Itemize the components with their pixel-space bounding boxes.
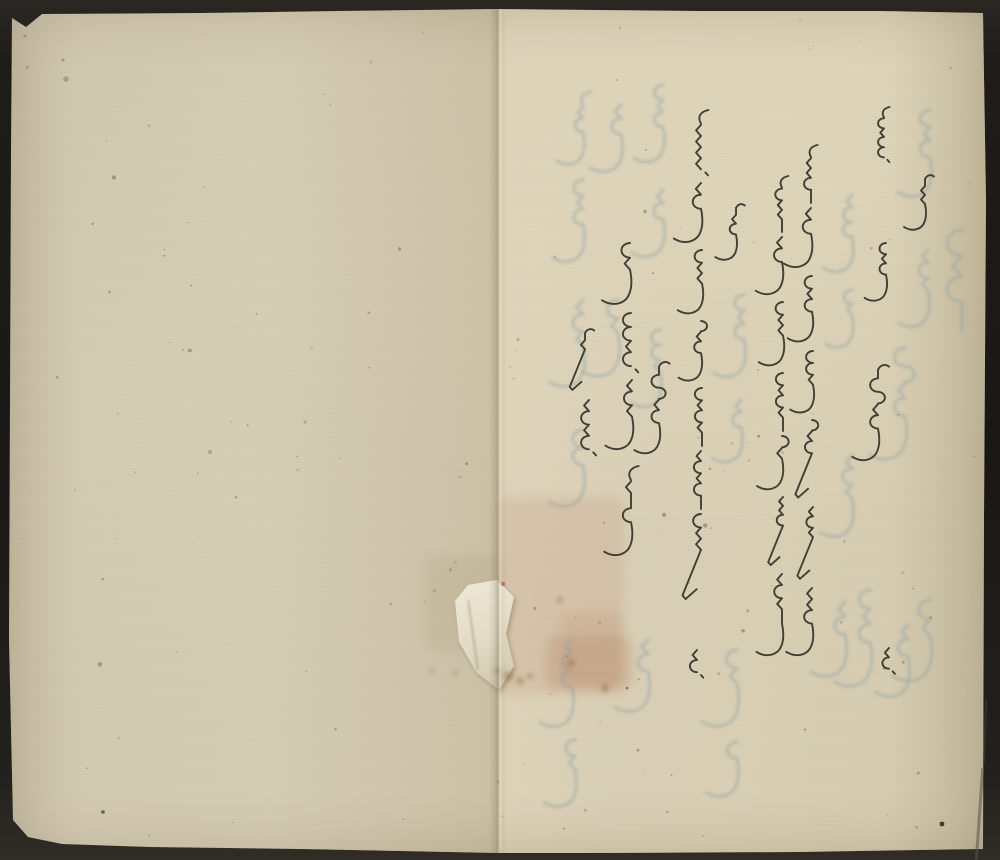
left-page [0,0,497,860]
page-edge-sliver [983,700,987,764]
scan-background [0,0,1000,860]
stain-top-smudge [560,612,622,688]
right-page [497,0,1000,860]
manuscript-spread [0,0,1000,860]
center-fold [489,0,507,860]
